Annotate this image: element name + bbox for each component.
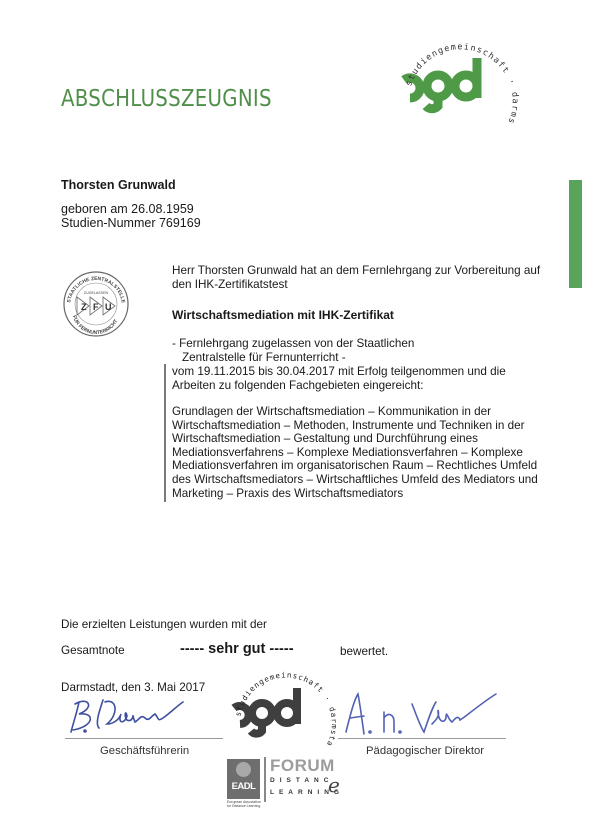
place-date: Darmstadt, den 3. Mai 2017: [61, 681, 205, 694]
approval-line: - Fernlehrgang zugelassen von der Staatl…: [172, 337, 542, 351]
forum-e-glyph: e: [328, 773, 340, 797]
document-title: ABSCHLUSSZEUGNIS: [61, 86, 272, 112]
accent-bar: [569, 180, 582, 288]
forum-line: DISTANC: [270, 775, 356, 787]
grade-label: Gesamtnote: [61, 644, 125, 657]
signer-role: Pädagogischer Direktor: [366, 745, 484, 757]
approval-note: - Fernlehrgang zugelassen von der Staatl…: [172, 337, 542, 364]
eadl-subtitle: European Association for Distance Learni…: [227, 800, 261, 808]
approval-line: Zentralstelle für Fernunterricht -: [172, 351, 542, 365]
forum-line: LEARNING: [270, 787, 356, 799]
signature-line: [65, 738, 223, 739]
intro-paragraph: Herr Thorsten Grunwald hat an dem Fernle…: [172, 264, 542, 291]
period-line: Arbeiten zu folgenden Fachgebieten einge…: [172, 379, 542, 393]
grade-suffix: bewertet.: [340, 645, 388, 658]
topics-line: Mediationsverfahren im organisatorischen…: [172, 459, 542, 473]
svg-text:F: F: [93, 302, 99, 312]
vertical-rule: [164, 364, 166, 502]
grade-value: ----- sehr gut -----: [180, 641, 294, 657]
svg-text:Z: Z: [81, 302, 87, 312]
topics-paragraph: Grundlagen der Wirtschaftsmediation – Ko…: [172, 405, 542, 500]
topics-line: Mediationsverfahrens – Komplexe Mediatio…: [172, 446, 542, 460]
birth-date: geboren am 26.08.1959: [61, 202, 201, 216]
period-paragraph: vom 19.11.2015 bis 30.04.2017 mit Erfolg…: [172, 365, 542, 392]
forum-distance-learning-logo: FORUM DISTANC LEARNING e: [264, 757, 356, 802]
topics-line: des Wirtschaftsmediators – Wirtschaftlic…: [172, 473, 542, 487]
svg-text:ZUGELASSEN: ZUGELASSEN: [84, 291, 109, 295]
intro-line: Herr Thorsten Grunwald hat an dem Fernle…: [172, 264, 542, 278]
signature-pedagogical-director: [340, 690, 500, 738]
zfu-seal-icon: STAATLICHE ZENTRALSTELLE FÜR FERNUNTERRI…: [62, 270, 130, 338]
forum-line: FORUM: [270, 757, 356, 775]
course-title: Wirtschaftsmediation mit IHK-Zertifikat: [172, 309, 542, 323]
topics-line: Wirtschaftsmediation – Methoden, Instrum…: [172, 419, 542, 433]
student-number: Studien-Nummer 769169: [61, 216, 201, 230]
student-meta: geboren am 26.08.1959 Studien-Nummer 769…: [61, 202, 201, 230]
student-name: Thorsten Grunwald: [61, 178, 176, 192]
globe-icon: [236, 762, 251, 777]
signature-managing-director: [65, 694, 190, 736]
topics-line: Grundlagen der Wirtschaftsmediation – Ko…: [172, 405, 542, 419]
intro-line: den IHK-Zertifikatstest: [172, 278, 542, 292]
signature-line: [338, 738, 506, 739]
eadl-logo: EADL: [227, 759, 260, 799]
svg-text:U: U: [105, 302, 112, 312]
topics-line: Marketing – Praxis des Wirtschaftsmediat…: [172, 487, 542, 501]
result-intro: Die erzielten Leistungen wurden mit der: [61, 618, 267, 631]
topics-line: Wirtschaftsmediation – Gestaltung und Du…: [172, 432, 542, 446]
signer-role: Geschäftsführerin: [100, 745, 189, 757]
sgd-logo: studiengemeinschaft · darmstadt: [390, 28, 550, 138]
period-line: vom 19.11.2015 bis 30.04.2017 mit Erfolg…: [172, 365, 542, 379]
